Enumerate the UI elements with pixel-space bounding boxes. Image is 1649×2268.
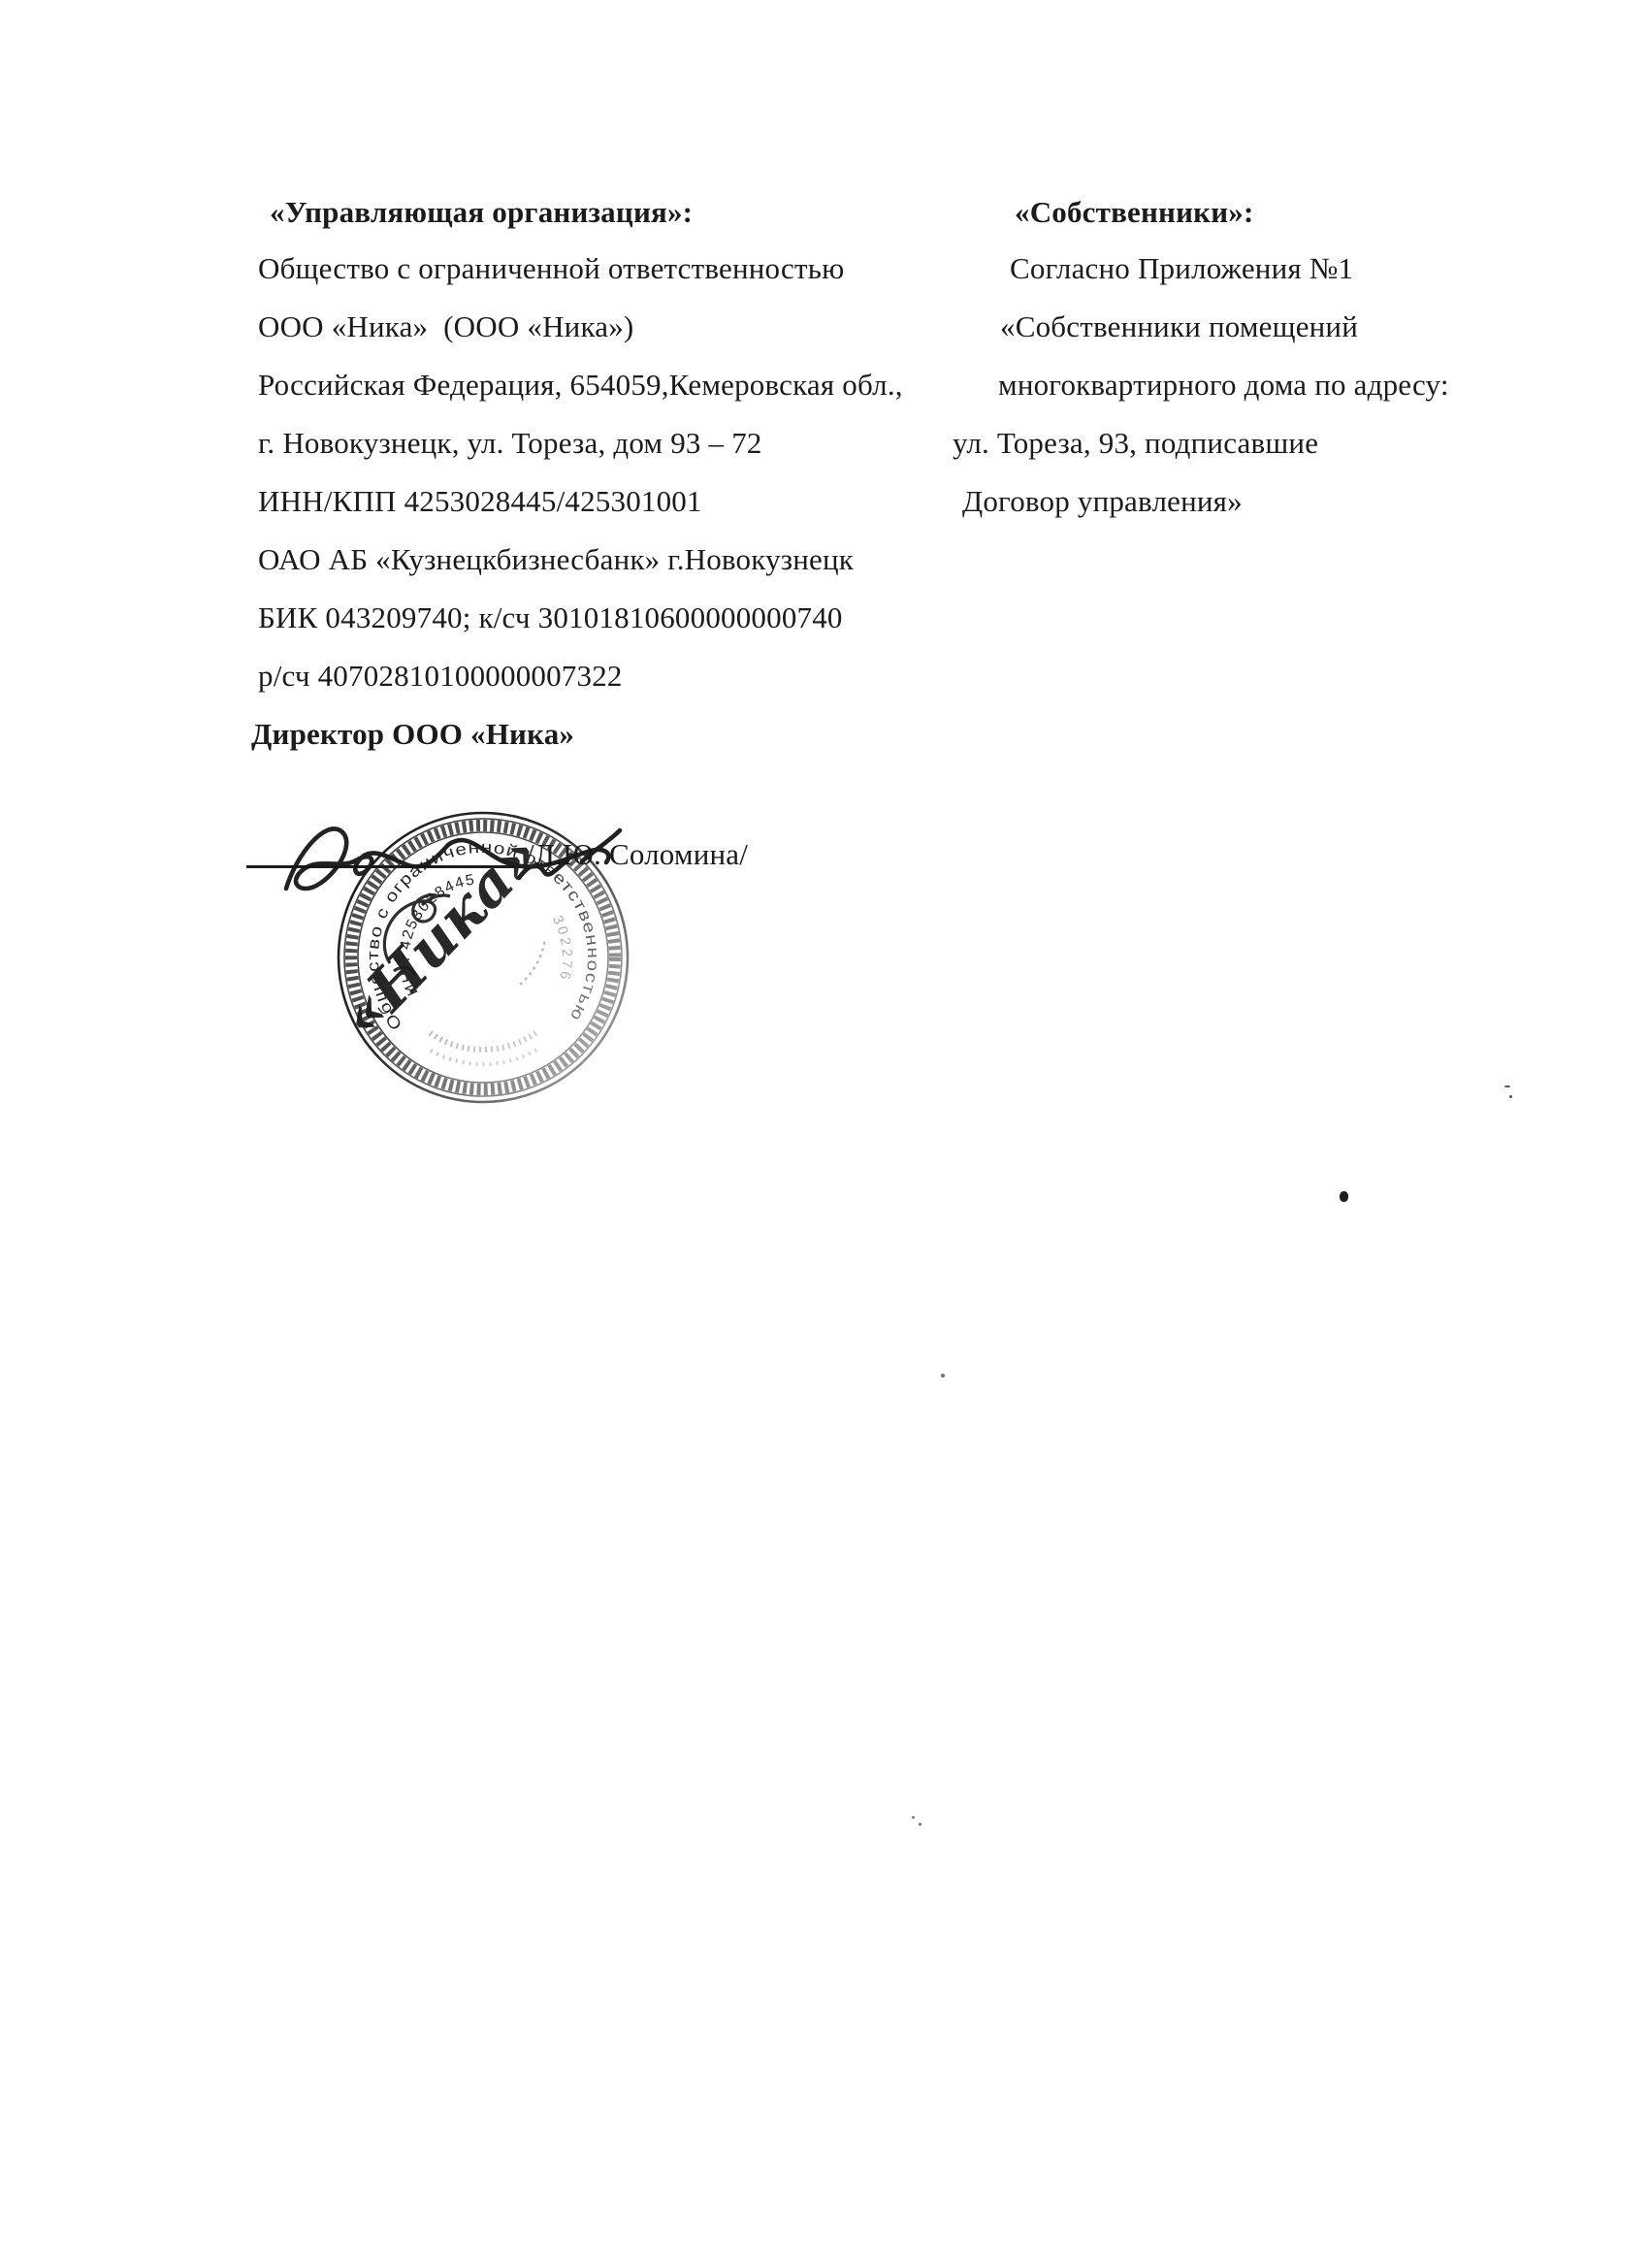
scan-speck [912,1816,915,1819]
left-line-address: г. Новокузнецк, ул. Тореза, дом 93 – 72 [258,425,762,462]
stamp-number-fragment: 302276 [549,914,574,984]
scanned-contract-signature-page: { "document": { "left_column": { "header… [0,0,1649,2268]
scan-speck [919,1823,921,1826]
left-line-rsch: р/сч 40702810100000007322 [258,658,623,695]
stamp-seal-icon: Общество с ограниченной ответственностью… [330,800,650,1120]
scan-speck [1504,1085,1510,1087]
right-line-appendix: Согласно Приложения №1 [1010,250,1353,287]
left-line-company-name: ООО «Ника» (ООО «Ника») [258,308,633,345]
right-line-street: ул. Тореза, 93, подписавшие [953,425,1318,462]
company-round-stamp: Общество с ограниченной ответственностью… [330,800,650,1120]
right-column-header: «Собственники»: [1015,194,1254,231]
left-line-bik-ksch: БИК 043209740; к/сч 30101810600000000740 [258,599,843,636]
left-line-inn-kpp: ИНН/КПП 4253028445/425301001 [258,483,702,520]
right-line-contract: Договор управления» [962,483,1243,520]
director-title: Директор ООО «Ника» [251,716,574,753]
left-line-country-region: Российская Федерация, 654059,Кемеровская… [258,367,903,404]
svg-text:302276: 302276 [549,914,574,984]
scan-speck [1509,1095,1512,1098]
left-column-header: «Управляющая организация»: [270,194,693,231]
left-line-bank: ОАО АБ «Кузнецкбизнесбанк» г.Новокузнецк [258,541,854,578]
scan-speck [1340,1191,1348,1202]
right-line-building: многоквартирного дома по адресу: [998,367,1449,404]
scan-speck [941,1374,945,1377]
right-line-owners: «Собственники помещений [1000,308,1358,345]
left-line-company-form: Общество с ограниченной ответственностью [258,250,844,287]
